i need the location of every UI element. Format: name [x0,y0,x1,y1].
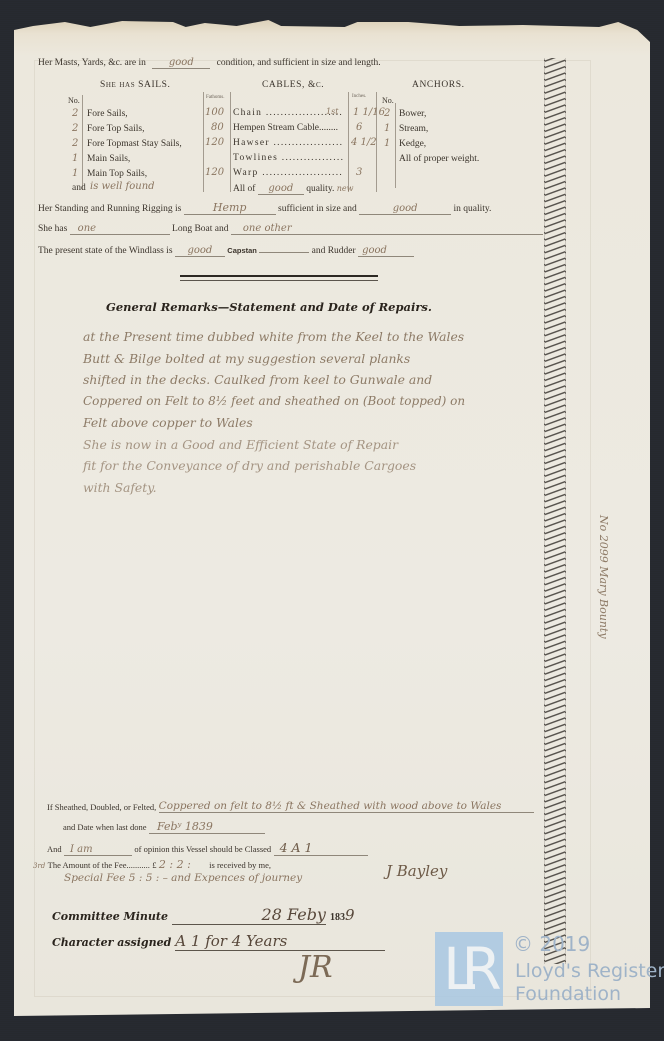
rudder-label: and Rudder [312,246,356,256]
remark-line: at the Present time dubbed white from th… [83,326,465,348]
lr-logo-icon: LR [435,932,503,1006]
masts-condition-value: good [152,57,210,69]
rigging-prefix: Her Standing and Running Rigging is [38,204,181,214]
opinion-surveyor-value: I am [64,844,132,856]
remarks-body: at the Present time dubbed white from th… [83,326,465,498]
remarks-title: General Remarks—Statement and Date of Re… [106,300,432,314]
capstan-label: Capstan [227,246,257,255]
rigging-suffix: in quality. [454,204,492,214]
anchors-header: ANCHORS. [412,80,465,90]
other-boats-value: one other [231,223,543,235]
sail-count: 1 [72,168,78,179]
cable-label-text: Chain [233,108,262,118]
boats-prefix: She has [38,224,67,234]
sail-count: 2 [72,108,78,119]
character-assigned-label: Character assigned [52,936,171,949]
sails-and-label: and [72,183,86,193]
character-assigned-line: Character assigned A 1 for 4 Years [52,932,385,951]
sail-count: 2 [72,138,78,149]
watermark-copyright: © 2019 [513,932,590,956]
windlass-prefix: The present state of the Windlass is [38,246,173,256]
remark-line: fit for the Conveyance of dry and perish… [83,455,465,477]
date-done-prefix: and Date when last done [63,822,147,832]
date-done-line: and Date when last done Febʸ 1839 [63,820,265,834]
decorative-spiral-border [544,58,566,964]
masts-prefix: Her Masts, Yards, &c. are in [38,58,146,68]
committee-minute-value: 28 Feby [172,905,326,925]
anchor-label: Bower, [399,109,426,119]
special-fee-note: Special Fee 5 : 5 : – and Expences of jo… [64,872,302,884]
cable-label: Warp ...................... [233,168,343,178]
lr-logo-letters: LR [443,934,488,1004]
opinion-line: And I am of opinion this Vessel should b… [47,840,368,856]
fee-suffix: is received by me, [209,860,271,870]
remark-line: She is now in a Good and Efficient State… [83,434,465,456]
quality-note: new [337,184,354,193]
cable-fathoms: 120 [205,137,224,148]
date-done-value: Febʸ 1839 [149,820,265,834]
sheathing-line: If Sheathed, Doubled, or Felted, Coppere… [47,800,534,813]
cable-inches: 4 1/2 [351,137,377,148]
character-assigned-value: A 1 for 4 Years [175,932,385,951]
anchor-count: 1 [384,123,390,134]
sail-label: Main Sails, [87,154,130,164]
sails-and-value: is well found [90,181,155,192]
cables-quality-value: good [258,183,304,195]
cable-fathoms: 120 [205,167,224,178]
anchors-list: 2 Bower, 1 Stream, 1 Kedge, [380,108,500,153]
cables-header: CABLES, &c. [262,80,324,90]
sail-label: Fore Topmast Stay Sails, [87,139,182,149]
sail-label: Fore Sails, [87,109,128,119]
sail-label: Main Top Sails, [87,169,147,179]
sail-count: 2 [72,123,78,134]
vertical-register-note: No 2099 Mary Bounty [597,515,610,639]
remark-line: shifted in the decks. Caulked from keel … [83,369,465,391]
cable-label: Hawser ................... [233,138,343,148]
cable-row: Towlines ................. [203,152,378,167]
anchor-row: 1 Kedge, [380,138,500,153]
long-boat-count-value: one [70,223,170,235]
committee-year-suffix: 9 [345,906,355,924]
cable-label-text: Hawser [233,138,270,148]
committee-minute-line: Committee Minute 28 Feby 1839 [52,905,355,925]
sails-column-rule [82,95,83,190]
fee-amount-value: 2 : 2 : [159,858,191,871]
cable-label: Hempen Stream Cable........ [233,123,338,133]
anchor-count: 1 [384,138,390,149]
anchor-label: Kedge, [399,139,426,149]
quality-suffix: quality. [306,184,334,194]
inches-label: Inches. [352,94,366,99]
anchors-footer: All of proper weight. [399,154,479,164]
sheathing-value: Coppered on felt to 8½ ft & Sheathed wit… [159,800,534,813]
anchors-no-label: No. [382,96,394,105]
cables-list: 100 Chain ..................... 1st 1 1/… [203,107,378,182]
fathoms-label: Fathoms. [206,95,224,100]
boats-middle: Long Boat and [172,224,228,234]
fee-margin-mark: 3rd [33,862,45,870]
committee-minute-label: Committee Minute [52,910,168,923]
boats-line: She has one Long Boat and one other [38,223,543,235]
anchor-count: 2 [384,108,390,119]
watermark-org-line1: Lloyd's Register [515,960,664,982]
rigging-middle: sufficient in size and [278,204,357,214]
cable-row: 80 Hempen Stream Cable........ 6 [203,122,378,137]
sails-header: She has SAILS. [100,80,171,90]
cable-row: 120 Hawser ................... 4 1/2 [203,137,378,152]
remark-line: Felt above copper to Wales [83,412,465,434]
rigging-material-value: Hemp [184,201,276,215]
cable-label-text: Warp [233,168,259,178]
fee-prefix: The Amount of the Fee [48,860,127,870]
rigging-line: Her Standing and Running Rigging is Hemp… [38,201,491,215]
masts-suffix: condition, and sufficient in size and le… [217,58,381,68]
fee-currency: £ [152,860,156,870]
section-divider [180,275,378,281]
cable-label-text: Towlines [233,153,278,163]
windlass-line: The present state of the Windlass is goo… [38,245,414,257]
cable-note: 1st [326,107,338,116]
sail-label: Fore Top Sails, [87,124,144,134]
quality-prefix: All of [233,184,255,194]
cable-row: 120 Warp ...................... 3 [203,167,378,182]
remark-line: Butt & Bilge bolted at my suggestion sev… [83,348,465,370]
vessel-class-value: 4 A 1 [274,840,368,856]
opinion-prefix: And [47,844,62,854]
cable-fathoms: 80 [211,122,224,133]
anchor-row: 1 Stream, [380,123,500,138]
rudder-state-value: good [358,245,414,257]
masts-line: Her Masts, Yards, &c. are in good condit… [38,57,381,69]
cable-inches: 3 [356,167,362,178]
sails-no-label: No. [68,96,80,105]
cable-inches: 6 [356,122,362,133]
anchor-row: 2 Bower, [380,108,500,123]
watermark-org-line2: Foundation [515,983,621,1005]
remark-line: with Safety. [83,477,465,499]
fee-line: 3rd The Amount of the Fee........... £ 2… [33,858,271,871]
opinion-middle: of opinion this Vessel should be Classed [134,844,271,854]
capstan-value [259,252,309,253]
windlass-state-value: good [175,245,225,257]
cable-fathoms: 100 [205,107,224,118]
cable-label-text: Hempen Stream Cable [233,123,319,133]
surveyor-signature: J Bayley [386,862,447,880]
sail-count: 1 [72,153,78,164]
remark-line: Coppered on Felt to 8½ feet and sheathed… [83,391,465,413]
cable-row: 100 Chain ..................... 1st 1 1/… [203,107,378,122]
rigging-quality-value: good [359,203,451,215]
cable-label: Towlines ................. [233,153,344,163]
committee-initials: JR [298,950,333,985]
sheathing-prefix: If Sheathed, Doubled, or Felted, [47,802,156,812]
anchor-label: Stream, [399,124,428,134]
cables-quality-line: All of good quality. new [233,183,353,195]
committee-year-prefix: 183 [330,912,345,923]
